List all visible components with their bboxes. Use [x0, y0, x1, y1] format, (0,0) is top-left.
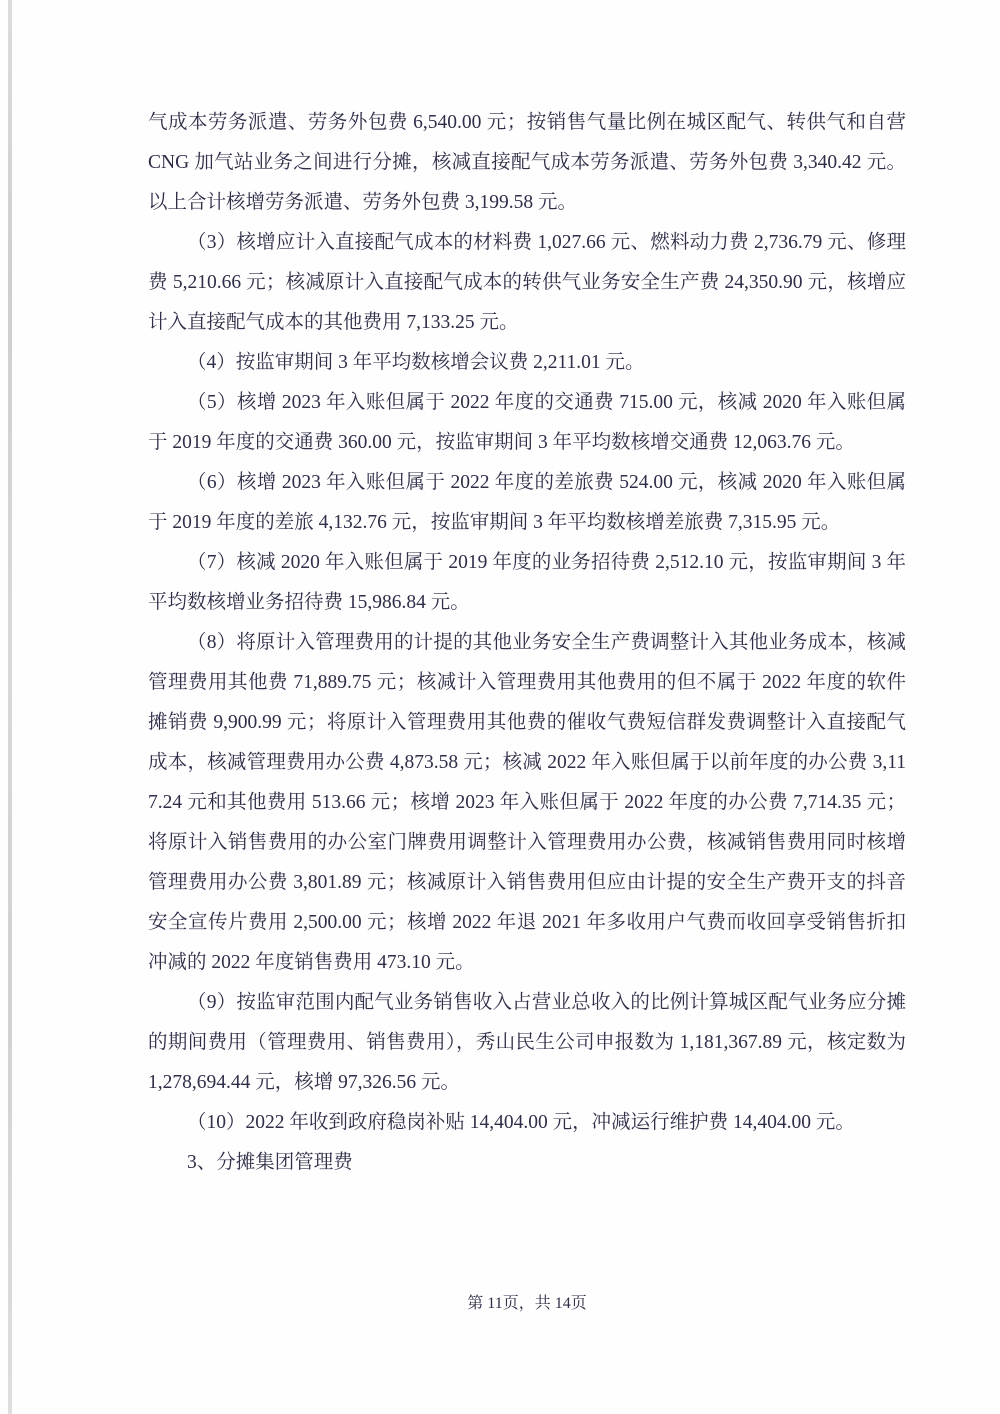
body-paragraph-item-10: （10）2022 年收到政府稳岗补贴 14,404.00 元，冲减运行维护费 1…: [148, 1103, 906, 1143]
body-paragraph-item-6: （6）核增 2023 年入账但属于 2022 年度的差旅费 524.00 元，核…: [148, 463, 906, 543]
body-paragraph-item-3: （3）核增应计入直接配气成本的材料费 1,027.66 元、燃料动力费 2,73…: [148, 223, 906, 343]
body-paragraph-item-5: （5）核增 2023 年入账但属于 2022 年度的交通费 715.00 元，核…: [148, 383, 906, 463]
section-heading-3: 3、分摊集团管理费: [148, 1143, 906, 1183]
body-paragraph-item-7: （7）核减 2020 年入账但属于 2019 年度的业务招待费 2,512.10…: [148, 543, 906, 623]
page-footer: 第 11页，共 14页: [148, 1292, 906, 1316]
body-paragraph-item-4: （4）按监审期间 3 年平均数核增会议费 2,211.01 元。: [148, 343, 906, 383]
document-body: 气成本劳务派遣、劳务外包费 6,540.00 元；按销售气量比例在城区配气、转供…: [148, 103, 906, 1183]
body-paragraph-continuation: 气成本劳务派遣、劳务外包费 6,540.00 元；按销售气量比例在城区配气、转供…: [148, 103, 906, 223]
document-page: 气成本劳务派遣、劳务外包费 6,540.00 元；按销售气量比例在城区配气、转供…: [0, 0, 1000, 1414]
body-paragraph-item-8: （8）将原计入管理费用的计提的其他业务安全生产费调整计入其他业务成本，核减管理费…: [148, 623, 906, 983]
body-paragraph-item-9: （9）按监审范围内配气业务销售收入占营业总收入的比例计算城区配气业务应分摊的期间…: [148, 983, 906, 1103]
scan-edge-artifact: [8, 0, 12, 1414]
